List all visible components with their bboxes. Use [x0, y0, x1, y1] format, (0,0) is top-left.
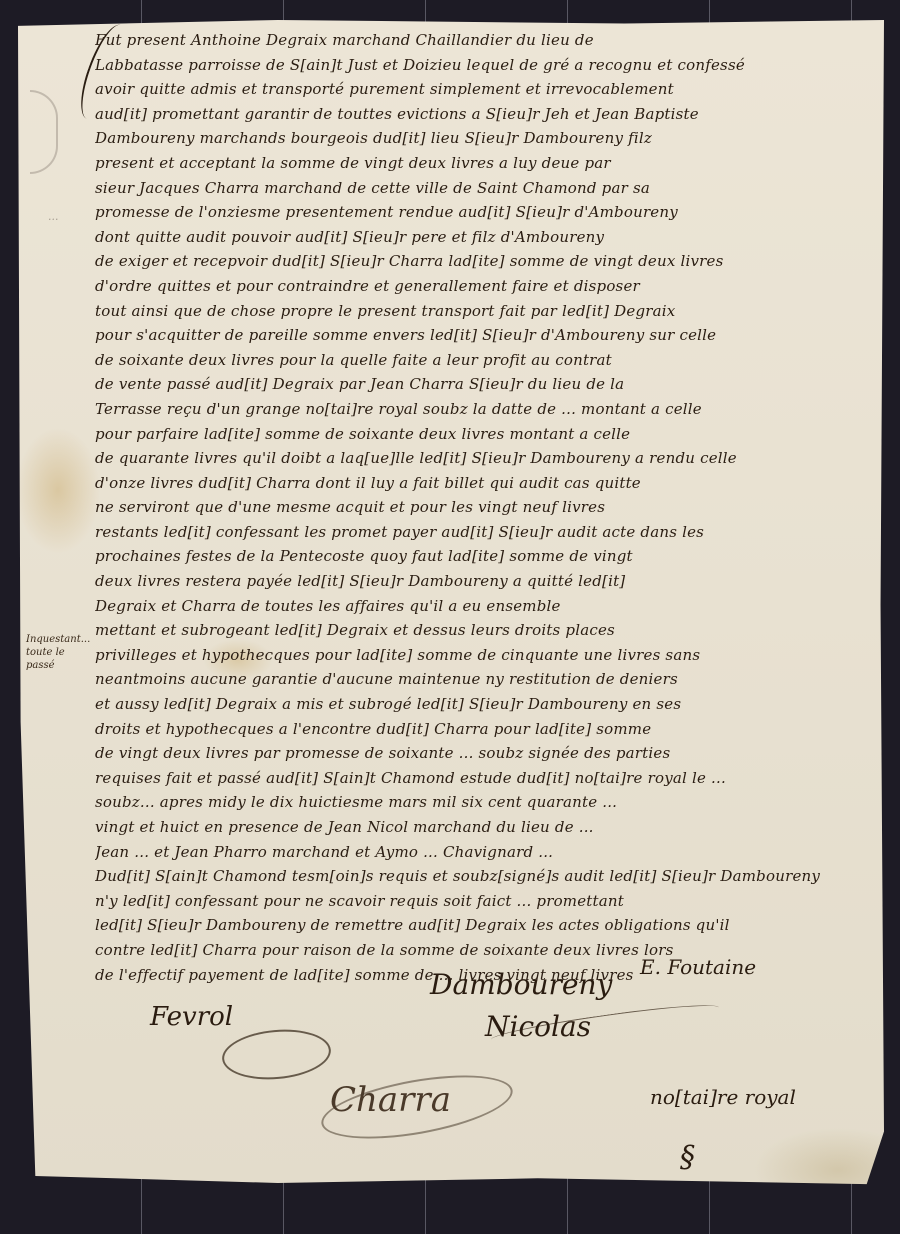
manuscript-line: de vente passé aud[it] Degraix par Jean …: [95, 372, 875, 397]
manuscript-line: pour parfaire lad[ite] somme de soixante…: [95, 422, 875, 447]
manuscript-line: Fut present Anthoine Degraix marchand Ch…: [95, 28, 875, 53]
manuscript-line: vingt et huict en presence de Jean Nicol…: [95, 815, 875, 840]
manuscript-line: tout ainsi que de chose propre le presen…: [95, 299, 875, 324]
faint-margin-text: ...: [48, 210, 59, 223]
signature-damboureny: Damboureny: [430, 968, 612, 1001]
manuscript-line: led[it] S[ieu]r Damboureny de remettre a…: [95, 913, 875, 938]
margin-annotation: Inquestant... toute le passé: [26, 633, 96, 672]
manuscript-line: n'y led[it] confessant pour ne scavoir r…: [95, 889, 875, 914]
manuscript-line: avoir quitte admis et transporté puremen…: [95, 77, 875, 102]
manuscript-line: soubz... apres midy le dix huictiesme ma…: [95, 790, 875, 815]
manuscript-line: Damboureny marchands bourgeois dud[it] l…: [95, 126, 875, 151]
manuscript-line: pour s'acquitter de pareille somme enver…: [95, 323, 875, 348]
signature-paraph: §: [680, 1140, 695, 1175]
manuscript-line: d'ordre quittes et pour contraindre et g…: [95, 274, 875, 299]
manuscript-line: Terrasse reçu d'un grange no[tai]re roya…: [95, 397, 875, 422]
manuscript-line: Labbatasse parroisse de S[ain]t Just et …: [95, 53, 875, 78]
manuscript-line: de exiger et recepvoir dud[it] S[ieu]r C…: [95, 249, 875, 274]
manuscript-line: de soixante deux livres pour la quelle f…: [95, 348, 875, 373]
manuscript-line: de vingt deux livres par promesse de soi…: [95, 741, 875, 766]
manuscript-line: de quarante livres qu'il doibt a laq[ue]…: [95, 446, 875, 471]
manuscript-line: d'onze livres dud[it] Charra dont il luy…: [95, 471, 875, 496]
manuscript-line: promesse de l'onziesme presentement rend…: [95, 200, 875, 225]
manuscript-line: aud[it] promettant garantir de touttes e…: [95, 102, 875, 127]
manuscript-line: ne serviront que d'une mesme acquit et p…: [95, 495, 875, 520]
archive-stamp: [30, 90, 58, 174]
manuscript-line: privilleges et hypothecques pour lad[ite…: [95, 643, 875, 668]
manuscript-line: contre led[it] Charra pour raison de la …: [95, 938, 875, 963]
manuscript-line: requises fait et passé aud[it] S[ain]t C…: [95, 766, 875, 791]
manuscript-line: sieur Jacques Charra marchand de cette v…: [95, 176, 875, 201]
manuscript-line: prochaines festes de la Pentecoste quoy …: [95, 544, 875, 569]
manuscript-line: dont quitte audit pouvoir aud[it] S[ieu]…: [95, 225, 875, 250]
manuscript-text-body: Fut present Anthoine Degraix marchand Ch…: [95, 28, 875, 987]
manuscript-line: present et acceptant la somme de vingt d…: [95, 151, 875, 176]
manuscript-line: restants led[it] confessant les promet p…: [95, 520, 875, 545]
manuscript-line: et aussy led[it] Degraix a mis et subrog…: [95, 692, 875, 717]
manuscript-line: Jean ... et Jean Pharro marchand et Aymo…: [95, 840, 875, 865]
manuscript-line: mettant et subrogeant led[it] Degraix et…: [95, 618, 875, 643]
manuscript-line: neantmoins aucune garantie d'aucune main…: [95, 667, 875, 692]
signature-nicolas: Nicolas: [485, 1010, 591, 1043]
signature-charra: Charra: [330, 1080, 451, 1120]
signature-fevrol: Fevrol: [150, 1002, 233, 1032]
manuscript-line: Dud[it] S[ain]t Chamond tesm[oin]s requi…: [95, 864, 875, 889]
manuscript-line: Degraix et Charra de toutes les affaires…: [95, 594, 875, 619]
signature-foutaine: E. Foutaine: [640, 955, 756, 979]
signature-notaire-royal: no[tai]re royal: [650, 1085, 796, 1109]
manuscript-line: droits et hypothecques a l'encontre dud[…: [95, 717, 875, 742]
manuscript-line: deux livres restera payée led[it] S[ieu]…: [95, 569, 875, 594]
